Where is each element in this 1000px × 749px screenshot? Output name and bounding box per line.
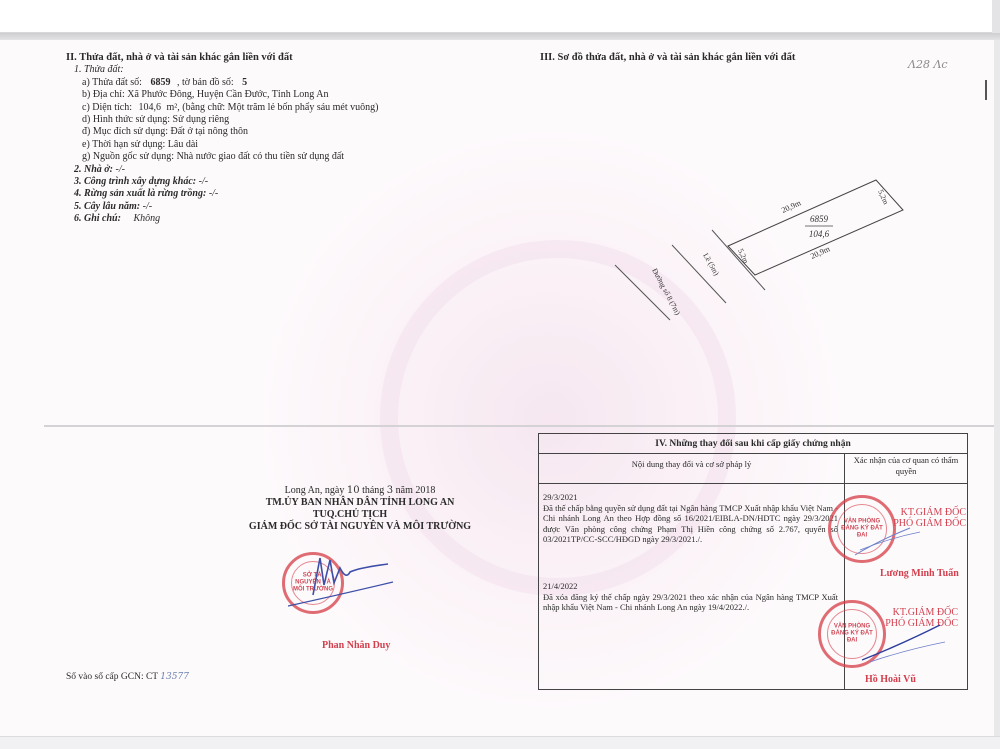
issue-date-line: Long An, ngày 10 tháng 3 năm 2018 xyxy=(200,485,520,497)
plot-right-width: 5,2m xyxy=(876,188,890,206)
officer-signature-icon xyxy=(860,620,950,665)
officer-name: Lương Minh Tuấn xyxy=(880,568,959,579)
issuer-org-line2: TUQ.CHỦ TỊCH xyxy=(200,509,520,521)
plot-road-label: Đường số 8 (7m) xyxy=(650,267,682,317)
issuer-org-line1: TM.ỦY BAN NHÂN DÂN TỈNH LONG AN xyxy=(200,497,520,509)
col-content-header: Nội dung thay đổi và cơ sở pháp lý xyxy=(539,454,845,483)
issue-month: 3 xyxy=(387,485,393,496)
changes-table-header: Nội dung thay đổi và cơ sở pháp lý Xác n… xyxy=(539,454,967,484)
change-entry: 21/4/2022 Đã xóa đăng ký thế chấp ngày 2… xyxy=(543,581,838,613)
plot-bottom-length: 20,9m xyxy=(809,244,832,261)
change-date: 21/4/2022 xyxy=(543,581,838,592)
change-entry: 29/3/2021 Đã thế chấp bằng quyền sử dụng… xyxy=(543,492,838,545)
parcel-number: 6859 xyxy=(150,77,170,88)
change-content: Đã xóa đăng ký thế chấp ngày 29/3/2021 t… xyxy=(543,592,838,613)
plot-left-width: 5,2m xyxy=(736,247,750,265)
usage-form-line: d) Hình thức sử dụng: Sử dụng riêng xyxy=(82,114,526,126)
officer-name: Hồ Hoài Vũ xyxy=(865,674,916,685)
certificate-register-number: 13577 xyxy=(160,672,189,682)
plot-shoulder-label: Lề (5m) xyxy=(701,252,721,278)
viewer-bottom-strip xyxy=(0,736,1000,749)
section-iv-heading: IV. Những thay đổi sau khi cấp giấy chứn… xyxy=(539,434,967,454)
handwritten-note: Λ28 Λc xyxy=(908,58,948,71)
land-certificate-page: II. Thửa đất, nhà ở và tài sản khác gắn … xyxy=(0,40,994,736)
section-ii-heading: II. Thửa đất, nhà ở và tài sản khác gắn … xyxy=(66,52,526,64)
perennial-trees-item: 5. Cây lâu năm: -/- xyxy=(74,201,526,213)
change-date: 29/3/2021 xyxy=(543,492,838,503)
address-line: b) Địa chỉ: Xã Phước Đông, Huyện Cần Đướ… xyxy=(82,89,526,101)
plot-top-length: 20,9m xyxy=(780,198,803,215)
issue-day: 10 xyxy=(347,485,360,496)
land-parcel-subheading: 1. Thửa đất: xyxy=(74,64,526,76)
area-value: 104,6 xyxy=(138,102,161,113)
issuer-signature-icon xyxy=(288,550,398,610)
change-content: Đã thế chấp bằng quyền sử dụng đất tại N… xyxy=(543,503,838,545)
viewer-top-strip xyxy=(0,0,1000,33)
plot-parcel-number: 6859 xyxy=(810,214,829,224)
parcel-diagram: 6859 104,6 20,9m 20,9m 5,2m 5,2m Lề (5m)… xyxy=(600,175,930,345)
section-divider xyxy=(44,425,994,427)
area-line: c) Diện tích: 104,6 m², (bằng chữ: Một t… xyxy=(82,102,526,114)
map-sheet-number: 5 xyxy=(242,77,247,88)
issuer-signer-name: Phan Nhân Duy xyxy=(322,640,390,651)
section-ii: II. Thửa đất, nhà ở và tài sản khác gắn … xyxy=(66,52,526,226)
notes-item: 6. Ghi chú: Không xyxy=(74,213,526,225)
house-item: 2. Nhà ở: -/- xyxy=(74,164,526,176)
usage-purpose-line: đ) Mục đích sử dụng: Đất ở tại nông thôn xyxy=(82,126,526,138)
section-iii-heading: III. Sơ đồ thửa đất, nhà ở và tài sản kh… xyxy=(540,52,795,63)
col-confirmation-header: Xác nhận của cơ quan có thẩm quyền xyxy=(845,454,967,483)
usage-origin-line: g) Nguồn gốc sử dụng: Nhà nước giao đất … xyxy=(82,151,526,163)
issuer-signature-block: Long An, ngày 10 tháng 3 năm 2018 TM.ỦY … xyxy=(200,485,520,533)
plot-area: 104,6 xyxy=(809,229,830,239)
planted-forest-item: 4. Rừng sản xuất là rừng trồng: -/- xyxy=(74,188,526,200)
issuer-org-line3: GIÁM ĐỐC SỞ TÀI NGUYÊN VÀ MÔI TRƯỜNG xyxy=(200,521,520,533)
pin-marker xyxy=(985,80,987,100)
page-right-edge xyxy=(994,40,1000,736)
scrollbar-track[interactable] xyxy=(992,0,1000,33)
usage-term-line: e) Thời hạn sử dụng: Lâu dài xyxy=(82,139,526,151)
officer-signature-icon xyxy=(850,520,930,560)
parcel-number-line: a) Thửa đất số: 6859 , tờ bản đồ số: 5 xyxy=(82,77,526,89)
other-construction-item: 3. Công trình xây dựng khác: -/- xyxy=(74,176,526,188)
certificate-register-entry: Số vào sổ cấp GCN: CT 13577 xyxy=(66,672,189,682)
